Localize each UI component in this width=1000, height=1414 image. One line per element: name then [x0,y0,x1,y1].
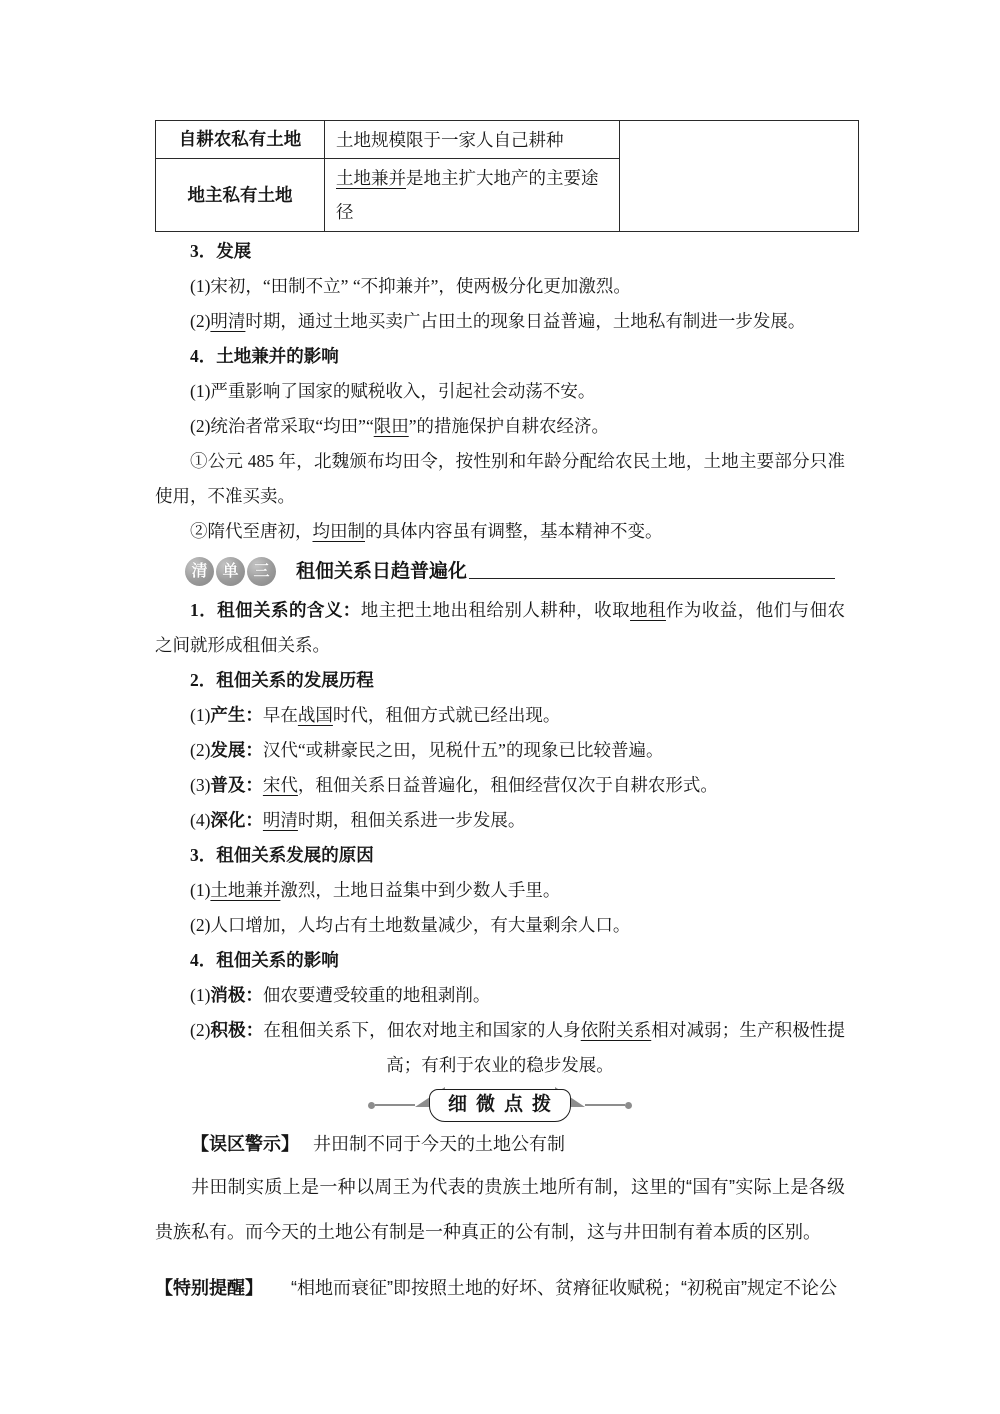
text: (1) [190,985,210,1005]
para-positive-line2: 高；有利于农业的稳步发展。 [155,1048,845,1083]
text: 地主把土地出租给别人耕种，收取 [361,600,630,620]
para-negative: (1)消极：佃农要遭受较重的地租剥削。 [155,978,845,1013]
para-annex-2: (2)统治者常采取“均田”“限田”的措施保护自耕农经济。 [155,409,845,444]
land-ownership-table: 自耕农私有土地 土地规模限于一家人自己耕种 地主私有土地 土地兼并是地主扩大地产… [155,120,859,232]
checklist-title: 租佃关系日趋普遍化 [296,554,467,589]
underlined-term: 限田 [374,416,409,436]
para-positive-line1: (2)积极：在租佃关系下，佃农对地主和国家的人身依附关系相对减弱；生产积极性提 [155,1013,845,1048]
underlined-term: 战国 [298,705,333,725]
heading-development: 3．发展 [155,234,845,269]
table-cell-owner-type: 自耕农私有土地 [156,121,325,159]
title-underline [469,577,835,579]
banner-line [585,1104,625,1106]
annotation-banner: 细微点拨 [155,1083,845,1127]
desc-text: 土地规模限于一家人自己耕种 [336,130,564,150]
para-meaning: 1．租佃关系的含义：地主把土地出租给别人耕种，收取地租作为收益，他们与佃农之间就… [155,593,845,663]
underlined-term: 依附关系 [581,1020,652,1040]
underlined-term: 均田制 [313,521,366,541]
table-cell-owner-type: 地主私有土地 [156,159,325,232]
underlined-term: 土地兼并 [336,168,406,188]
reminder-label: 【特别提醒】 [155,1278,263,1298]
text: (2) [190,740,210,760]
para-course-4: (4)深化：明清时期，租佃关系进一步发展。 [155,803,845,838]
underlined-term: 明清 [210,311,245,331]
checklist-badge-icon: 清 单 三 [185,557,276,586]
text: 汉代“或耕豪民之田，见税什五”的现象已比较普遍。 [263,740,664,760]
reminder-para: 【特别提醒】“相地而衰征”即按照土地的好坏、贫瘠征收赋税；“初税亩”规定不论公 [155,1271,845,1306]
warning-heading: 【误区警示】井田制不同于今天的土地公有制 [155,1127,845,1162]
table-cell-description: 土地规模限于一家人自己耕种 [325,121,620,159]
para-course-1: (1)产生：早在战国时代，租佃方式就已经出现。 [155,698,845,733]
underlined-term: 地租 [630,600,666,620]
heading-course: 2．租佃关系的发展历程 [155,663,845,698]
table-cell-empty [620,121,859,232]
inline-heading: 1．租佃关系的含义： [190,600,361,620]
heading-influence: 4．租佃关系的影响 [155,943,845,978]
text: (2) [190,311,210,331]
inline-heading: 深化： [210,810,263,830]
inline-heading: 发展： [210,740,263,760]
banner-dot-icon [625,1102,632,1109]
text: ”的措施保护自耕农经济。 [409,416,609,436]
heading-annexation-impact: 4．土地兼并的影响 [155,339,845,374]
para-annex-sub1: ①公元 485 年，北魏颁布均田令，按性别和年龄分配给农民土地，土地主要部分只准… [155,444,845,514]
text: 时代，租佃方式就已经出现。 [333,705,561,725]
underlined-term: 明清 [263,810,298,830]
text: (1) [190,705,210,725]
banner-line [375,1104,415,1106]
text: 的具体内容虽有调整，基本精神不变。 [365,521,663,541]
warning-label: 【误区警示】 [191,1134,299,1154]
text: (4) [190,810,210,830]
inline-heading: 积极： [210,1020,263,1040]
text: 时期，通过土地买卖广占田土的现象日益普遍，土地私有制进一步发展。 [245,311,805,331]
text: 佃农要遭受较重的地租剥削。 [263,985,491,1005]
text: (1) [190,880,210,900]
text: 相对减弱；生产积极性提 [651,1020,845,1040]
warning-body: 井田制实质上是一种以周王为代表的贵族土地所有制，这里的“国有”实际上是各级贵族私… [155,1165,845,1255]
text: 时期，租佃关系进一步发展。 [298,810,526,830]
text: (3) [190,775,210,795]
inline-heading: 产生： [210,705,263,725]
text: 早在 [263,705,298,725]
badge-circle-icon: 单 [216,557,245,586]
banner-dot-icon [368,1102,375,1109]
para-course-3: (3)普及：宋代，租佃关系日益普遍化，租佃经营仅次于自耕农形式。 [155,768,845,803]
reminder-body: “相地而衰征”即按照土地的好坏、贫瘠征收赋税；“初税亩”规定不论公 [291,1278,837,1298]
badge-circle-icon: 清 [185,557,214,586]
inline-heading: 普及： [210,775,263,795]
text: ，租佃关系日益普遍化，租佃经营仅次于自耕农形式。 [298,775,718,795]
text: 激烈，土地日益集中到少数人手里。 [280,880,560,900]
para-course-2: (2)发展：汉代“或耕豪民之田，见税什五”的现象已比较普遍。 [155,733,845,768]
para-annex-sub2: ②隋代至唐初，均田制的具体内容虽有调整，基本精神不变。 [155,514,845,549]
para-dev-1: (1)宋初，“田制不立” “不抑兼并”，使两极分化更加激烈。 [155,269,845,304]
textbook-page: 自耕农私有土地 土地规模限于一家人自己耕种 地主私有土地 土地兼并是地主扩大地产… [0,0,1000,1414]
badge-circle-icon: 三 [247,557,276,586]
para-dev-2: (2)明清时期，通过土地买卖广占田土的现象日益普遍，土地私有制进一步发展。 [155,304,845,339]
warning-title: 井田制不同于今天的土地公有制 [313,1134,565,1154]
inline-heading: 消极： [210,985,263,1005]
text: (2)统治者常采取“均田”“ [190,416,374,436]
heading-reasons: 3．租佃关系发展的原因 [155,838,845,873]
text: 在租佃关系下，佃农对地主和国家的人身 [263,1020,580,1040]
banner-title: 细微点拨 [429,1089,571,1122]
text: ②隋代至唐初， [190,521,313,541]
text: (2) [190,1020,210,1040]
para-annex-1: (1)严重影响了国家的赋税收入，引起社会动荡不安。 [155,374,845,409]
table-row: 自耕农私有土地 土地规模限于一家人自己耕种 [156,121,859,159]
para-reason-1: (1)土地兼并激烈，土地日益集中到少数人手里。 [155,873,845,908]
checklist-3-header: 清 单 三 租佃关系日趋普遍化 [185,550,845,592]
table-cell-description: 土地兼并是地主扩大地产的主要途径 [325,159,620,232]
para-reason-2: (2)人口增加，人均占有土地数量减少，有大量剩余人口。 [155,908,845,943]
underlined-term: 宋代 [263,775,298,795]
underlined-term: 土地兼并 [210,880,280,900]
